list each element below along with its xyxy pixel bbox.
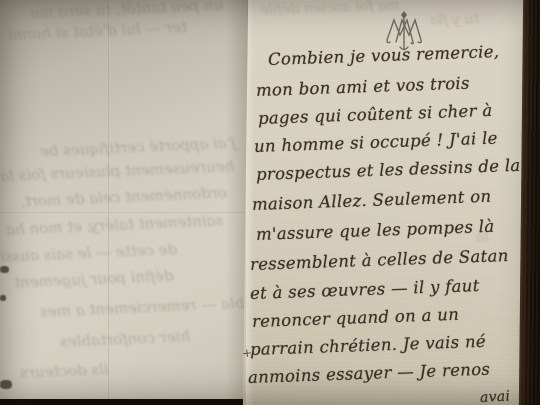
bleedthrough-line: saintement taléry, et mon ha	[6, 211, 224, 238]
edge-ink-mark	[0, 380, 12, 389]
letter-line: prospectus et les dessins de la	[256, 156, 521, 184]
letter-line: m'assure que les pompes là	[256, 217, 495, 244]
letter-line: pages qui coûtent si cher à	[258, 101, 493, 128]
letter-line-partial: avai	[480, 388, 511, 405]
right-page: ma foi ancien défilé tu y fla là Combien…	[240, 0, 532, 405]
bleedthrough-line: heureusement plusieurs fois la	[0, 157, 235, 185]
letter-line: Combien je vous remercie,	[268, 42, 500, 69]
edge-ink-mark	[0, 295, 6, 301]
left-page: un peu tantôt, tu sera ma ter — lui d'ét…	[0, 0, 252, 401]
letter-line: ressemblent à celles de Satan	[250, 246, 509, 274]
letter-line: mon bon ami et vos trois	[256, 74, 470, 100]
bleedthrough-line: habla — remerciement a mes	[40, 293, 264, 321]
bleedthrough-line: de cette — le sais aussi	[0, 240, 177, 266]
letter-photo: un peu tantôt, tu sera ma ter — lui d'ét…	[0, 0, 540, 405]
letter-line: anmoins essayer — Je renos	[248, 360, 491, 387]
bleedthrough-line: ils docteurs	[20, 360, 109, 382]
book-spine	[519, 0, 540, 405]
bleedthrough-fragment: ma foi ancien défilé	[260, 0, 400, 18]
letter-line: parrain chrétien. Je vais né	[250, 332, 487, 359]
letter-line: et à ses œuvres — il y faut	[250, 276, 480, 303]
bleedthrough-line: j'ai apporté certifiques be	[40, 134, 236, 161]
bleedthrough-line: défini pour jugement	[14, 267, 174, 292]
edge-ink-mark	[0, 266, 9, 273]
bleedthrough-fragment: tu y fla	[430, 11, 480, 29]
bleedthrough-line: ordonnément cela de mort,	[20, 183, 227, 210]
bleedthrough-line: un peu tantôt, tu sera ma	[30, 0, 224, 22]
letter-line: renoncer quand on a un	[252, 305, 460, 331]
letter-line: maison Allez. Seulement on	[252, 187, 492, 214]
bleedthrough-line: hier confortables	[60, 327, 191, 351]
letter-line: un homme si occupé ! J'ai le	[254, 128, 498, 155]
page-bottom-shadow	[0, 399, 252, 405]
